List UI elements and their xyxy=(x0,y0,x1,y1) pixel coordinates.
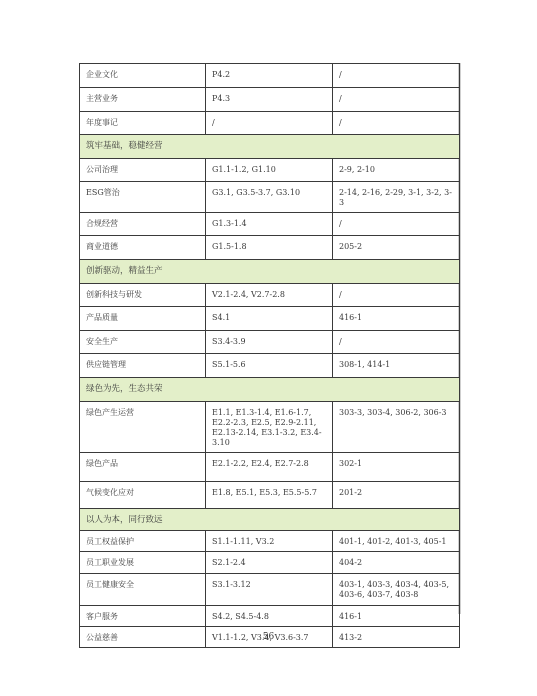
indicator-name-cell: 年度事记 xyxy=(80,112,206,135)
document-page: 企业文化P4.2/主营业务P4.3/年度事记//筑牢基础，稳健经营公司治理G1.… xyxy=(0,0,537,696)
gri-index-cell: 401-1, 401-2, 401-3, 405-1 xyxy=(333,531,460,552)
gri-index-cell: / xyxy=(333,112,460,135)
cass-index-cell: P4.3 xyxy=(206,88,333,112)
indicator-name-cell: 企业文化 xyxy=(80,64,206,88)
section-header-row: 以人为本，同行致远 xyxy=(80,509,460,531)
section-title: 创新驱动，精益生产 xyxy=(80,260,460,284)
table-row: ESG管治G3.1, G3.5-3.7, G3.102-14, 2-16, 2-… xyxy=(80,182,460,213)
table-row: 员工健康安全S3.1-3.12403-1, 403-3, 403-4, 403-… xyxy=(80,574,460,606)
indicator-name-cell: 合规经营 xyxy=(80,213,206,236)
gri-index-cell: / xyxy=(333,331,460,354)
cass-index-cell: V2.1-2.4, V2.7-2.8 xyxy=(206,284,333,307)
indicator-name-cell: 气候变化应对 xyxy=(80,482,206,509)
cass-index-cell: S3.4-3.9 xyxy=(206,331,333,354)
gri-index-cell: 303-3, 303-4, 306-2, 306-3 xyxy=(333,402,460,453)
gri-index-cell: 205-2 xyxy=(333,236,460,260)
gri-index-cell: 403-1, 403-3, 403-4, 403-5, 403-6, 403-7… xyxy=(333,574,460,606)
cass-index-cell: S4.2, S4.5-4.8 xyxy=(206,606,333,627)
gri-index-cell: 416-1 xyxy=(333,307,460,331)
table-row: 绿色产生运营E1.1, E1.3-1.4, E1.6-1.7, E2.2-2.3… xyxy=(80,402,460,453)
cass-index-cell: E2.1-2.2, E2.4, E2.7-2.8 xyxy=(206,453,333,482)
cass-index-cell: G1.3-1.4 xyxy=(206,213,333,236)
gri-index-cell: / xyxy=(333,213,460,236)
index-table: 企业文化P4.2/主营业务P4.3/年度事记//筑牢基础，稳健经营公司治理G1.… xyxy=(79,63,460,648)
indicator-name-cell: 产品质量 xyxy=(80,307,206,331)
indicator-name-cell: 安全生产 xyxy=(80,331,206,354)
indicator-name-cell: 主营业务 xyxy=(80,88,206,112)
indicator-name-cell: 创新科技与研发 xyxy=(80,284,206,307)
indicator-name-cell: 客户服务 xyxy=(80,606,206,627)
table-row: 年度事记// xyxy=(80,112,460,135)
cass-index-cell: S2.1-2.4 xyxy=(206,552,333,574)
gri-index-cell: 308-1, 414-1 xyxy=(333,354,460,378)
gri-index-cell: / xyxy=(333,64,460,88)
section-title: 筑牢基础，稳健经营 xyxy=(80,135,460,159)
table-row: 气候变化应对E1.8, E5.1, E5.3, E5.5-5.7201-2 xyxy=(80,482,460,509)
gri-index-cell: 404-2 xyxy=(333,552,460,574)
cass-index-cell: S3.1-3.12 xyxy=(206,574,333,606)
table-row: 产品质量S4.1416-1 xyxy=(80,307,460,331)
indicator-name-cell: 供应链管理 xyxy=(80,354,206,378)
indicator-name-cell: 员工职业发展 xyxy=(80,552,206,574)
indicator-name-cell: 员工权益保护 xyxy=(80,531,206,552)
gri-index-cell: 201-2 xyxy=(333,482,460,509)
cass-index-cell: / xyxy=(206,112,333,135)
gri-index-cell: / xyxy=(333,88,460,112)
index-table-body: 企业文化P4.2/主营业务P4.3/年度事记//筑牢基础，稳健经营公司治理G1.… xyxy=(80,64,460,648)
gri-index-cell: 416-1 xyxy=(333,606,460,627)
cass-index-cell: P4.2 xyxy=(206,64,333,88)
table-row: 员工职业发展S2.1-2.4404-2 xyxy=(80,552,460,574)
cass-index-cell: S4.1 xyxy=(206,307,333,331)
cass-index-cell: G3.1, G3.5-3.7, G3.10 xyxy=(206,182,333,213)
cass-index-cell: E1.8, E5.1, E5.3, E5.5-5.7 xyxy=(206,482,333,509)
section-header-row: 绿色为先，生态共荣 xyxy=(80,378,460,402)
section-header-row: 筑牢基础，稳健经营 xyxy=(80,135,460,159)
table-row: 员工权益保护S1.1-1.11, V3.2401-1, 401-2, 401-3… xyxy=(80,531,460,552)
cass-index-cell: G1.1-1.2, G1.10 xyxy=(206,159,333,182)
indicator-name-cell: 商业道德 xyxy=(80,236,206,260)
cass-index-cell: G1.5-1.8 xyxy=(206,236,333,260)
indicator-name-cell: 员工健康安全 xyxy=(80,574,206,606)
indicator-name-cell: 公司治理 xyxy=(80,159,206,182)
cass-index-cell: S1.1-1.11, V3.2 xyxy=(206,531,333,552)
table-row: 主营业务P4.3/ xyxy=(80,88,460,112)
table-row: 公司治理G1.1-1.2, G1.102-9, 2-10 xyxy=(80,159,460,182)
table-row: 商业道德G1.5-1.8205-2 xyxy=(80,236,460,260)
indicator-name-cell: 绿色产生运营 xyxy=(80,402,206,453)
cass-index-cell: S5.1-5.6 xyxy=(206,354,333,378)
gri-index-cell: 2-9, 2-10 xyxy=(333,159,460,182)
gri-index-cell: 2-14, 2-16, 2-29, 3-1, 3-2, 3-3 xyxy=(333,182,460,213)
table-row: 绿色产品E2.1-2.2, E2.4, E2.7-2.8302-1 xyxy=(80,453,460,482)
page-number: 56 xyxy=(0,632,537,642)
table-row: 安全生产S3.4-3.9/ xyxy=(80,331,460,354)
gri-index-cell: / xyxy=(333,284,460,307)
section-title: 绿色为先，生态共荣 xyxy=(80,378,460,402)
gri-index-cell: 302-1 xyxy=(333,453,460,482)
table-row: 供应链管理S5.1-5.6308-1, 414-1 xyxy=(80,354,460,378)
indicator-name-cell: 绿色产品 xyxy=(80,453,206,482)
cass-index-cell: E1.1, E1.3-1.4, E1.6-1.7, E2.2-2.3, E2.5… xyxy=(206,402,333,453)
table-row: 客户服务S4.2, S4.5-4.8416-1 xyxy=(80,606,460,627)
section-title: 以人为本，同行致远 xyxy=(80,509,460,531)
section-header-row: 创新驱动，精益生产 xyxy=(80,260,460,284)
table-row: 创新科技与研发V2.1-2.4, V2.7-2.8/ xyxy=(80,284,460,307)
indicator-name-cell: ESG管治 xyxy=(80,182,206,213)
table-row: 企业文化P4.2/ xyxy=(80,64,460,88)
table-row: 合规经营G1.3-1.4/ xyxy=(80,213,460,236)
